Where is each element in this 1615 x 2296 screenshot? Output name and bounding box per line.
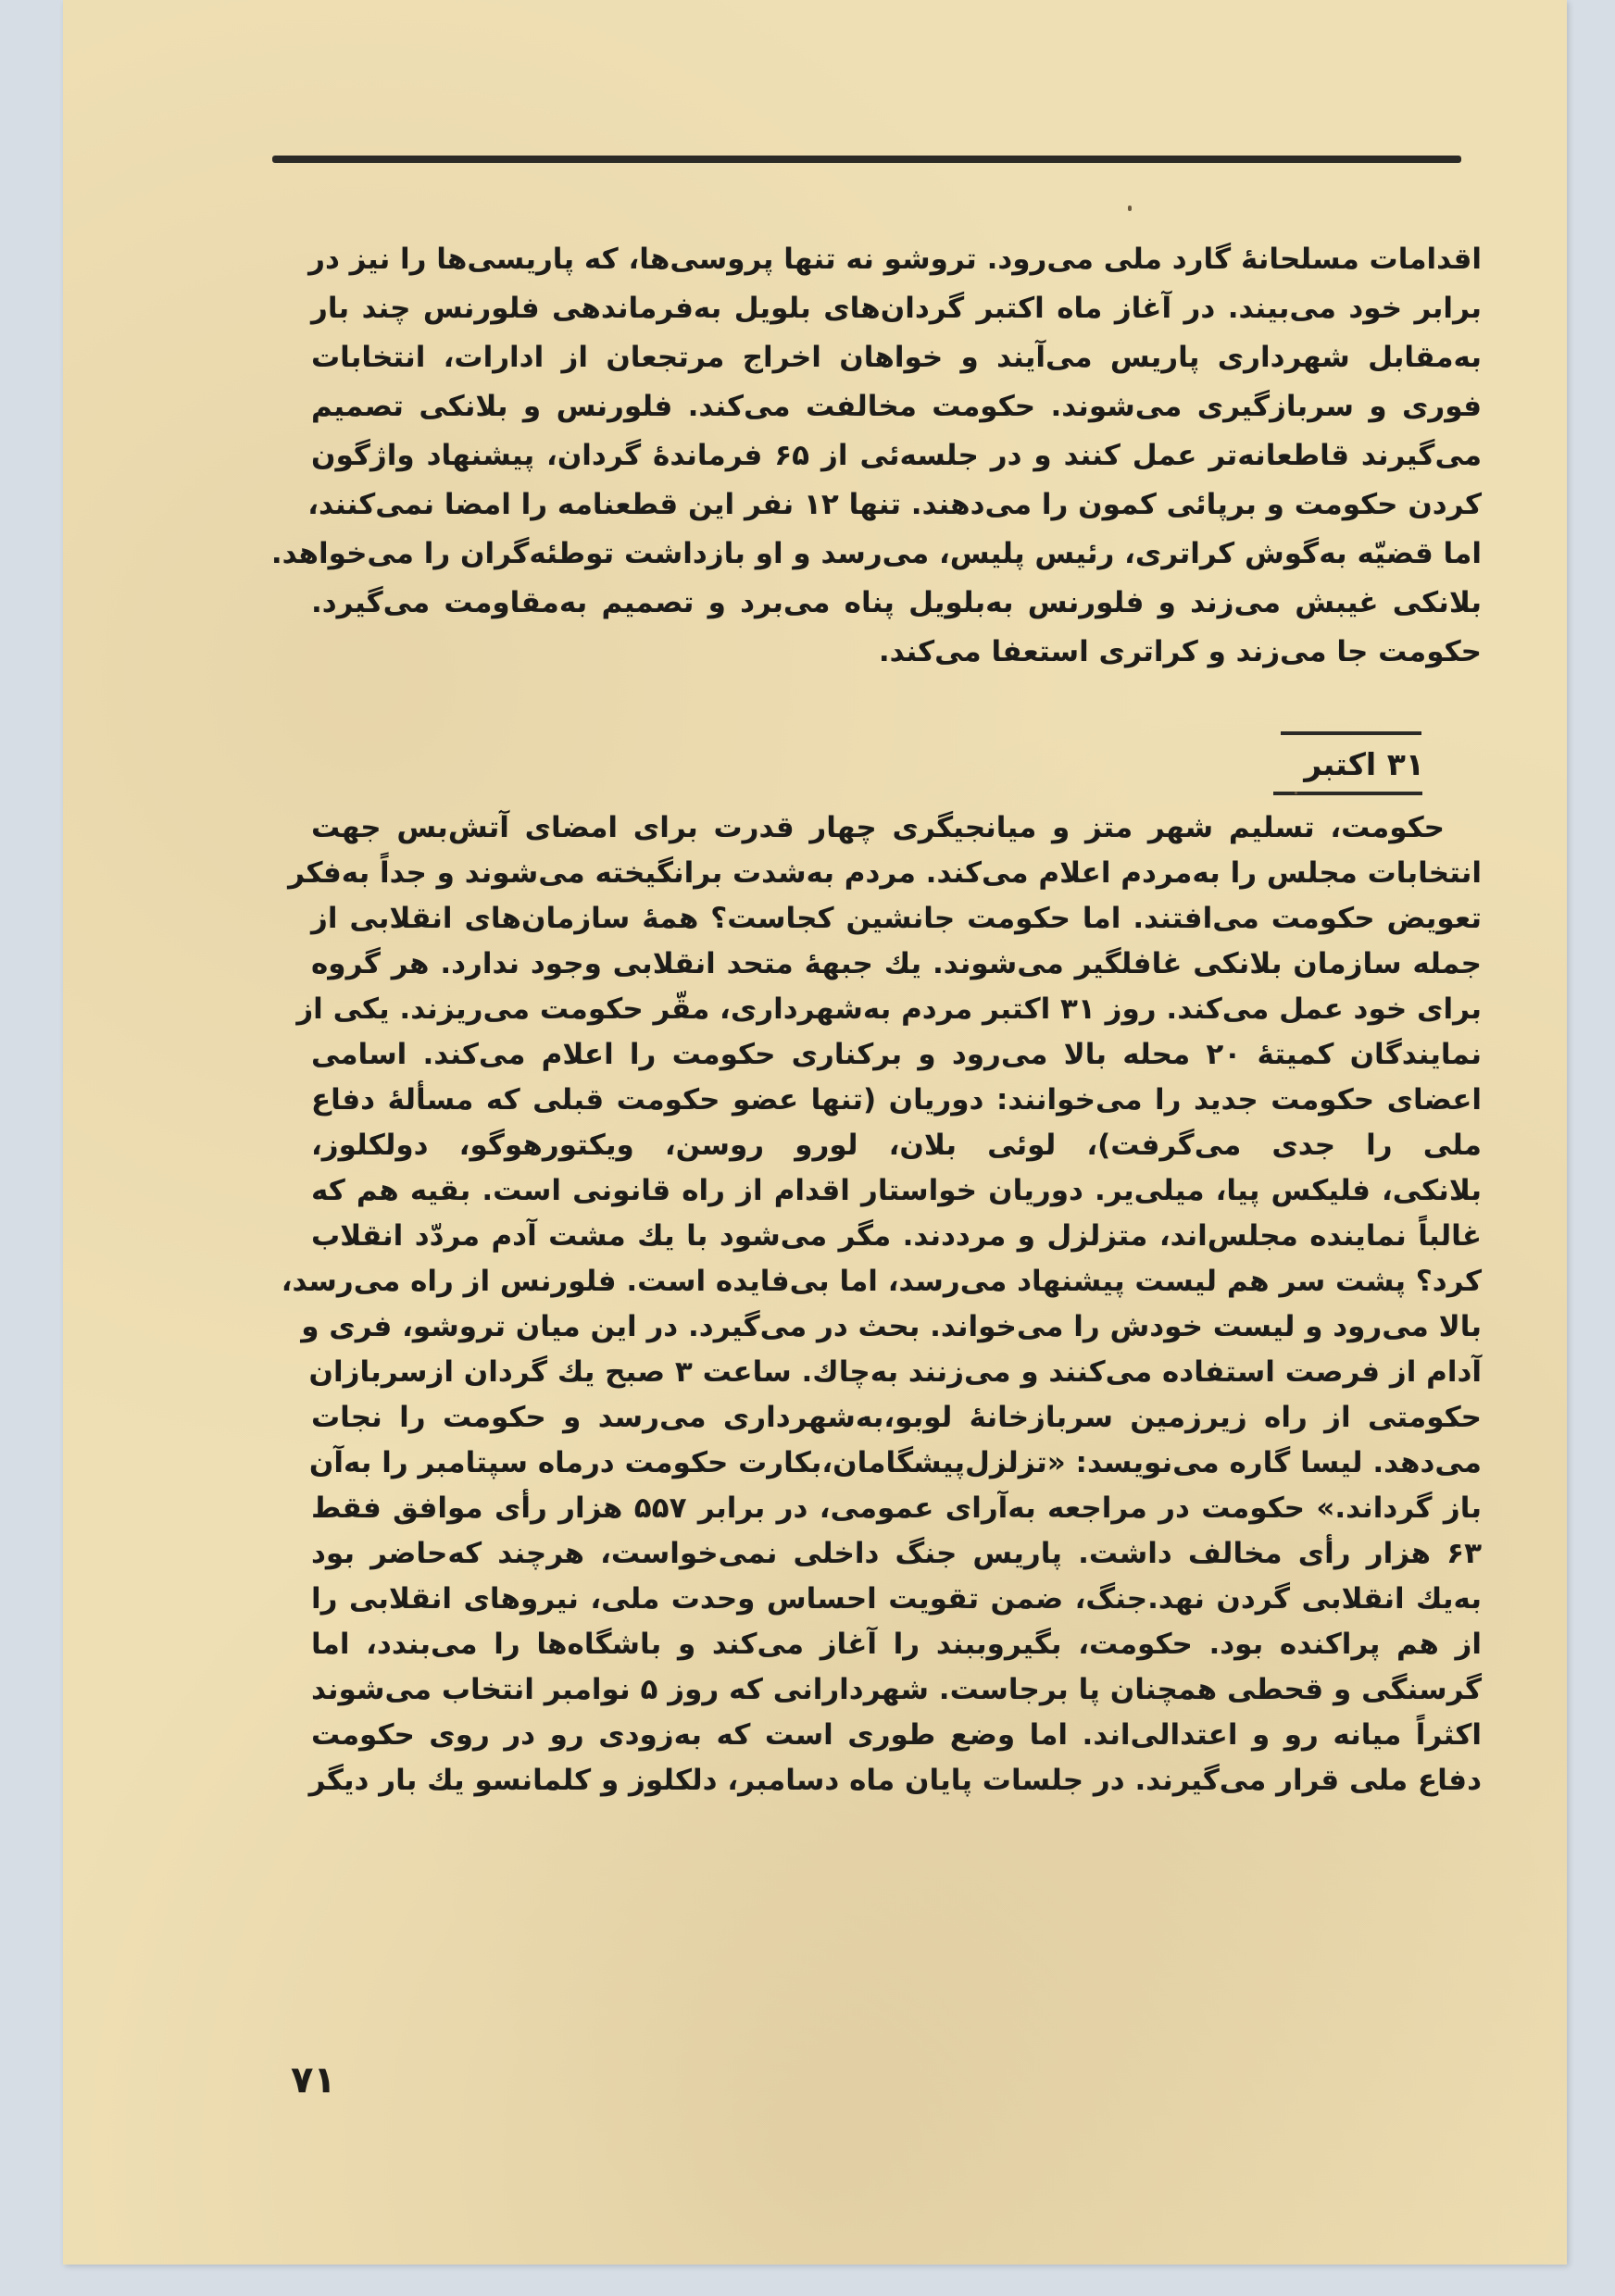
text-line: حکومتی از راه زیرزمین سربازخانهٔ لوبو،به… [311, 1397, 1482, 1438]
text-line: گرسنگی و قحطی همچنان پا برجاست. شهرداران… [311, 1669, 1482, 1710]
text-line: انتخابات مجلس را به‌مردم اعلام می‌کند. م… [311, 853, 1482, 893]
header-rule [272, 156, 1461, 163]
text-line: دفاع ملی قرار می‌گیرند. در جلسات پایان م… [311, 1760, 1482, 1801]
text-line: غالباً نماینده مجلس‌اند، متزلزل و مرددند… [311, 1216, 1482, 1256]
section-heading: ۳۱ اکتبر [1267, 741, 1424, 789]
text-line: بلانکی، فلیکس پیا، میلی‌یر. دوریان خواست… [311, 1170, 1482, 1211]
text-line: برابر خود می‌بیند. در آغاز ماه اکتبر گرد… [311, 288, 1482, 329]
text-line: کردن حکومت و برپائی کمون را می‌دهند. تنه… [311, 484, 1482, 525]
text-line: نمایندگان کمیتهٔ ۲۰ محله بالا می‌رود و ب… [311, 1034, 1482, 1075]
paper-speck [1295, 792, 1297, 794]
text-line: فوری و سربازگیری می‌شوند. حکومت مخالفت م… [311, 386, 1482, 427]
text-line: ۶۳ هزار رأی مخالف داشت. پاریس جنگ داخلی … [311, 1533, 1482, 1574]
text-line: برای خود عمل می‌کند. روز ۳۱ اکتبر مردم ب… [311, 989, 1482, 1029]
text-line: جمله سازمان بلانکی غافلگیر می‌شوند. یك ج… [311, 943, 1482, 984]
text-line: کرد؟ پشت سر هم لیست پیشنهاد می‌رسد، اما … [311, 1261, 1482, 1302]
text-line: می‌گیرند قاطعانه‌تر عمل کنند و در جلسه‌ئ… [311, 435, 1482, 476]
book-page: اقدامات مسلحانهٔ گارد ملی می‌رود. تروشو … [63, 0, 1567, 2265]
text-line: اما قضیّه به‌گوش کراتری، رئیس پلیس، می‌ر… [311, 533, 1482, 574]
text-line: می‌دهد. لیسا گاره می‌نویسد: «تزلزل‌پیشگا… [311, 1442, 1482, 1483]
text-line: از هم پراکنده بود. حکومت، بگیروببند را آ… [311, 1624, 1482, 1665]
text-line: باز گرداند.» حکومت در مراجعه به‌آرای عمو… [311, 1488, 1482, 1529]
text-line: تعویض حکومت می‌افتند. اما حکومت جانشین ک… [311, 898, 1482, 939]
text-line: اقدامات مسلحانهٔ گارد ملی می‌رود. تروشو … [311, 239, 1482, 280]
text-line: حکومت، تسلیم شهر متز و میانجیگری چهار قد… [311, 807, 1445, 848]
heading-rule-top [1281, 731, 1421, 735]
text-line: به‌مقابل شهرداری پاریس می‌آیند و خواهان … [311, 337, 1482, 378]
page-number: ۷۱ [291, 2057, 336, 2103]
text-line: اکثراً میانه رو و اعتدالی‌اند. اما وضع ط… [311, 1715, 1482, 1755]
text-line: ملی را جدی می‌گرفت)، لوئی بلان، لورو روس… [311, 1125, 1482, 1166]
paper-speck [1128, 206, 1132, 211]
text-line: حکومت جا می‌زند و کراتری استعفا می‌کند. [311, 631, 1482, 672]
text-line: آدام از فرصت استفاده می‌کنند و می‌زنند ب… [311, 1352, 1482, 1392]
text-line: بلانکی غیبش می‌زند و فلورنس به‌بلویل پنا… [311, 582, 1482, 623]
text-line: به‌یك انقلابی گردن نهد.جنگ، ضمن تقویت اح… [311, 1578, 1482, 1619]
text-line: اعضای حکومت جدید را می‌خوانند: دوریان (ت… [311, 1079, 1482, 1120]
text-line: بالا می‌رود و لیست خودش را می‌خواند. بحث… [311, 1306, 1482, 1347]
